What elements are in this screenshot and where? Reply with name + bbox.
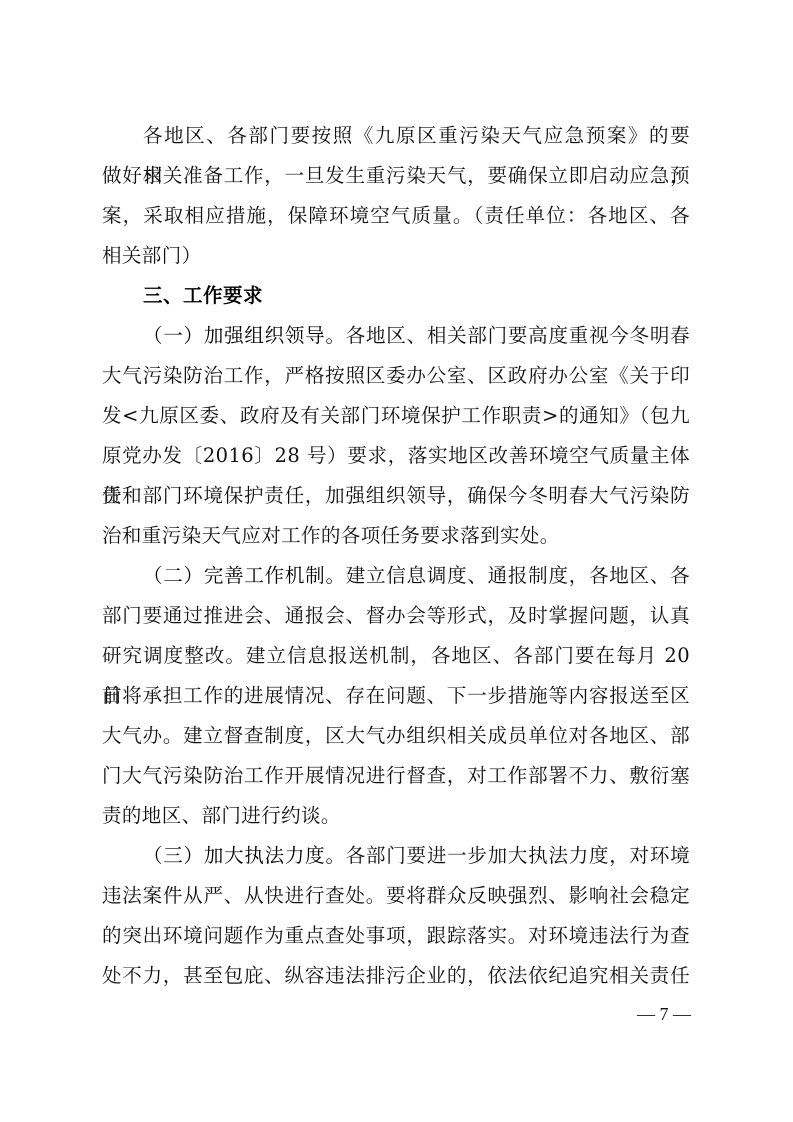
text-line: 违法案件从严、从快进行查处。要将群众反映强烈、影响社会稳定 <box>102 876 690 916</box>
text-line: 大气污染防治工作，严格按照区委办公室、区政府办公室《关于印 <box>102 356 690 396</box>
section-heading: 三、工作要求 <box>102 276 690 316</box>
text-line: 部门要通过推进会、通报会、督办会等形式，及时掌握问题，认真 <box>102 596 690 636</box>
document-body: 各地区、各部门要按照《九原区重污染天气应急预案》的要求， 做好相关准备工作，一旦… <box>102 116 690 996</box>
text-line: 任和部门环境保护责任，加强组织领导，确保今冬明春大气污染防 <box>102 476 690 516</box>
document-page: 各地区、各部门要按照《九原区重污染天气应急预案》的要求， 做好相关准备工作，一旦… <box>0 0 793 1122</box>
text-line: 处不力，甚至包庇、纵容违法排污企业的，依法依纪追究相关责任 <box>102 956 690 996</box>
text-span: 建立信息调度、通报制度，各地区、各 <box>346 564 690 587</box>
text-line: 发<九原区委、政府及有关部门环境保护工作职责>的通知》（包九 <box>102 396 690 436</box>
text-span: 各地区、相关部门要高度重视今冬明春 <box>346 324 690 347</box>
text-line: 前将承担工作的进展情况、存在问题、下一步措施等内容报送至区 <box>102 676 690 716</box>
text-line: 治和重污染天气应对工作的各项任务要求落到实处。 <box>102 516 690 556</box>
text-line: 做好相关准备工作，一旦发生重污染天气，要确保立即启动应急预 <box>102 156 690 196</box>
text-line: 大气办。建立督查制度，区大气办组织相关成员单位对各地区、部 <box>102 716 690 756</box>
text-line: 相关部门） <box>102 236 690 276</box>
text-line: 责的地区、部门进行约谈。 <box>102 796 690 836</box>
subsection-title: （一）加强组织领导。 <box>143 324 346 347</box>
subsection-title: （三）加大执法力度。 <box>143 844 346 867</box>
text-line: 各地区、各部门要按照《九原区重污染天气应急预案》的要求， <box>102 116 690 156</box>
text-span: 各部门要进一步加大执法力度，对环境 <box>346 844 690 867</box>
text-line: 门大气污染防治工作开展情况进行督查，对工作部署不力、敷衍塞 <box>102 756 690 796</box>
text-line: 案，采取相应措施，保障环境空气质量。（责任单位：各地区、各 <box>102 196 690 236</box>
text-line: 研究调度整改。建立信息报送机制，各地区、各部门要在每月 20 日 <box>102 636 690 676</box>
subsection-title: （二）完善工作机制。 <box>143 564 346 587</box>
subsection-first-line: （三）加大执法力度。各部门要进一步加大执法力度，对环境 <box>102 836 690 876</box>
subsection-first-line: （二）完善工作机制。建立信息调度、通报制度，各地区、各 <box>102 556 690 596</box>
page-number: — 7 — <box>632 1000 696 1028</box>
subsection-first-line: （一）加强组织领导。各地区、相关部门要高度重视今冬明春 <box>102 316 690 356</box>
text-line: 原党办发〔2016〕28 号）要求，落实地区改善环境空气质量主体责 <box>102 436 690 476</box>
text-line: 的突出环境问题作为重点查处事项，跟踪落实。对环境违法行为查 <box>102 916 690 956</box>
